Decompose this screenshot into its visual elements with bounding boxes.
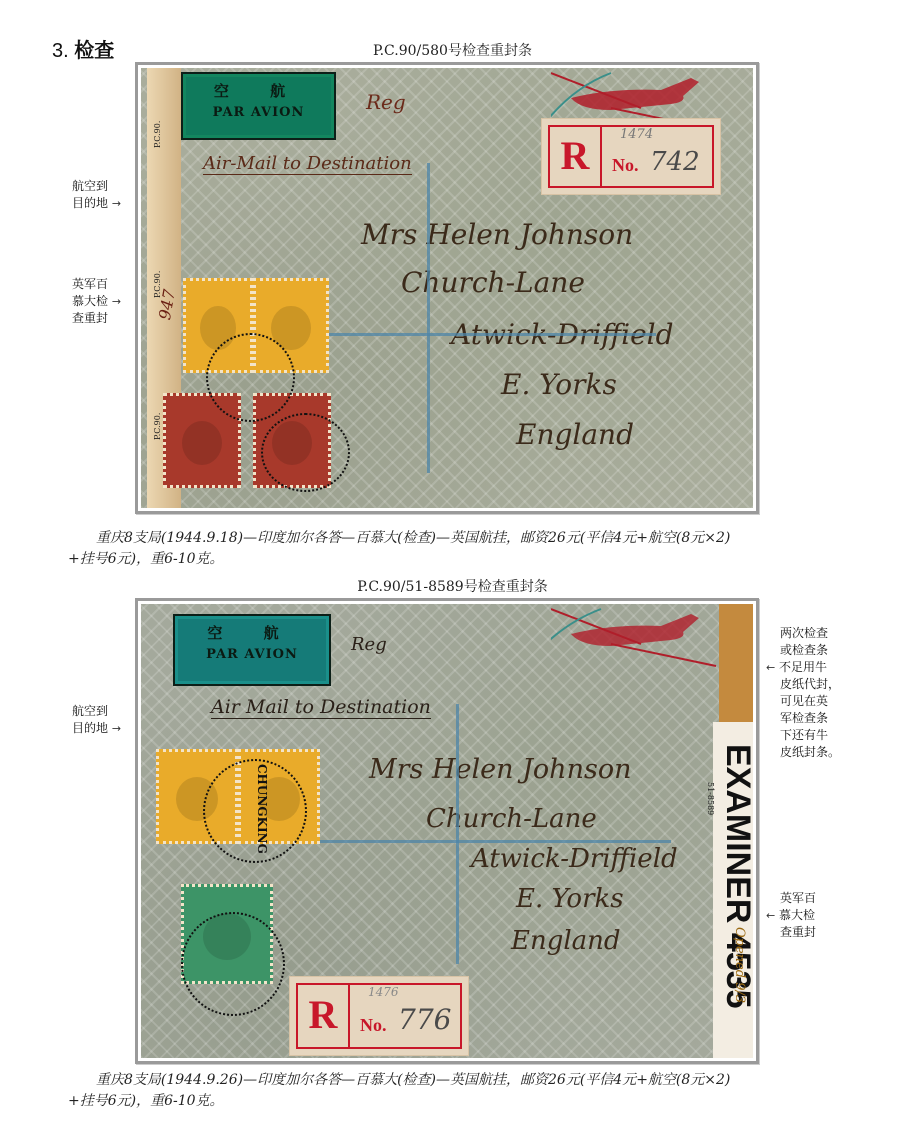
postmark-chungking [181, 912, 285, 1016]
figure-2-caption: P.C.90/51-8589号检查重封条 [0, 576, 905, 596]
registration-number-pencil: 1476 [368, 985, 399, 999]
arrow-left-icon: ← [766, 909, 775, 922]
postmark [261, 413, 350, 492]
annotation-airmail-destination: 航空到 目的地 → [72, 178, 121, 212]
address-line: England [511, 926, 621, 956]
figure-1-frame: P.C.90. P.C.90. P.C.90. 947 空 航 PAR AVIO… [135, 62, 759, 514]
registration-crossline [427, 163, 430, 473]
annotation-bermuda-censor: 英军百 慕大检 → 查重封 [72, 276, 121, 327]
arrow-right-icon: → [112, 295, 121, 308]
arrow-right-icon: → [112, 197, 121, 210]
airmail-label-chinese: 空 航 [175, 622, 329, 643]
arrow-left-icon: ← [766, 661, 775, 674]
airplane-drawing-icon [551, 604, 721, 674]
handwritten-route: Air Mail to Destination [211, 696, 431, 719]
handwritten-route: Air-Mail to Destination [203, 153, 412, 175]
registration-no-label: No. [360, 1015, 387, 1036]
handwritten-reg: Reg [366, 90, 406, 114]
address-line: Atwick-Driffield [471, 844, 678, 874]
figure-1-caption: P.C.90/580号检查重封条 [0, 40, 905, 60]
address-line: E. Yorks [516, 884, 624, 914]
airmail-label-english: PAR AVION [175, 647, 329, 662]
registration-label: R 1474 No. 742 [541, 118, 721, 195]
registration-no-label: No. [612, 155, 639, 176]
figure-2-description: 重庆8支局(1944.9.26)—印度加尔各答—百慕大(检查)—英国航挂，邮资2… [68, 1070, 848, 1112]
address-line: England [516, 418, 634, 451]
annotation-airmail-destination: 航空到 目的地 → [72, 703, 121, 737]
censor-mark: P.C.90. [153, 121, 162, 148]
address-line: Mrs Helen Johnson [369, 754, 631, 785]
address-line: Church-Lane [426, 804, 597, 834]
examiner-serial: 51-8589 [706, 782, 715, 815]
envelope-1: P.C.90. P.C.90. P.C.90. 947 空 航 PAR AVIO… [141, 68, 753, 508]
airmail-label: 空 航 PAR AVION [173, 614, 331, 686]
examiner-handwriting: Opened 9/3 [732, 927, 747, 1003]
registration-letter: R [298, 985, 350, 1047]
address-line: E. Yorks [501, 368, 617, 401]
censor-mark: P.C.90. [153, 413, 162, 440]
registration-letter: R [550, 127, 602, 186]
annotation-bermuda-censor: 英军百 ← 慕大检 查重封 [766, 890, 816, 941]
examiner-strip: EXAMINER 4535 51-8589 Opened 9/3 [713, 722, 753, 1058]
registration-number: 742 [650, 147, 700, 177]
annotation-kraft-paper: 两次检查 或检查条 ← 不足用牛 皮纸代封， 可见在英 军检查条 下还有牛 皮纸… [766, 625, 840, 761]
figure-2-frame: 空 航 PAR AVION Reg Air Mail to Destinatio… [135, 598, 759, 1064]
registration-label: R 1476 No. 776 [289, 976, 469, 1056]
postmark [206, 333, 295, 422]
envelope-2: 空 航 PAR AVION Reg Air Mail to Destinatio… [141, 604, 753, 1058]
registration-number: 776 [398, 1003, 451, 1036]
registration-crossline [456, 704, 459, 964]
postmark-text: CHUNGKING [255, 764, 269, 854]
airmail-label-english: PAR AVION [183, 105, 334, 120]
airmail-label-chinese: 空 航 [183, 80, 334, 101]
airmail-label: 空 航 PAR AVION [181, 72, 336, 140]
address-line: Mrs Helen Johnson [361, 218, 633, 251]
registration-number-pencil: 1474 [620, 127, 653, 142]
arrow-right-icon: → [112, 722, 121, 735]
registration-crossline [271, 840, 671, 843]
handwritten-reg: Reg [351, 634, 387, 655]
figure-1-description: 重庆8支局(1944.9.18)—印度加尔各答—百慕大(检查)—英国航挂，邮资2… [68, 528, 848, 570]
